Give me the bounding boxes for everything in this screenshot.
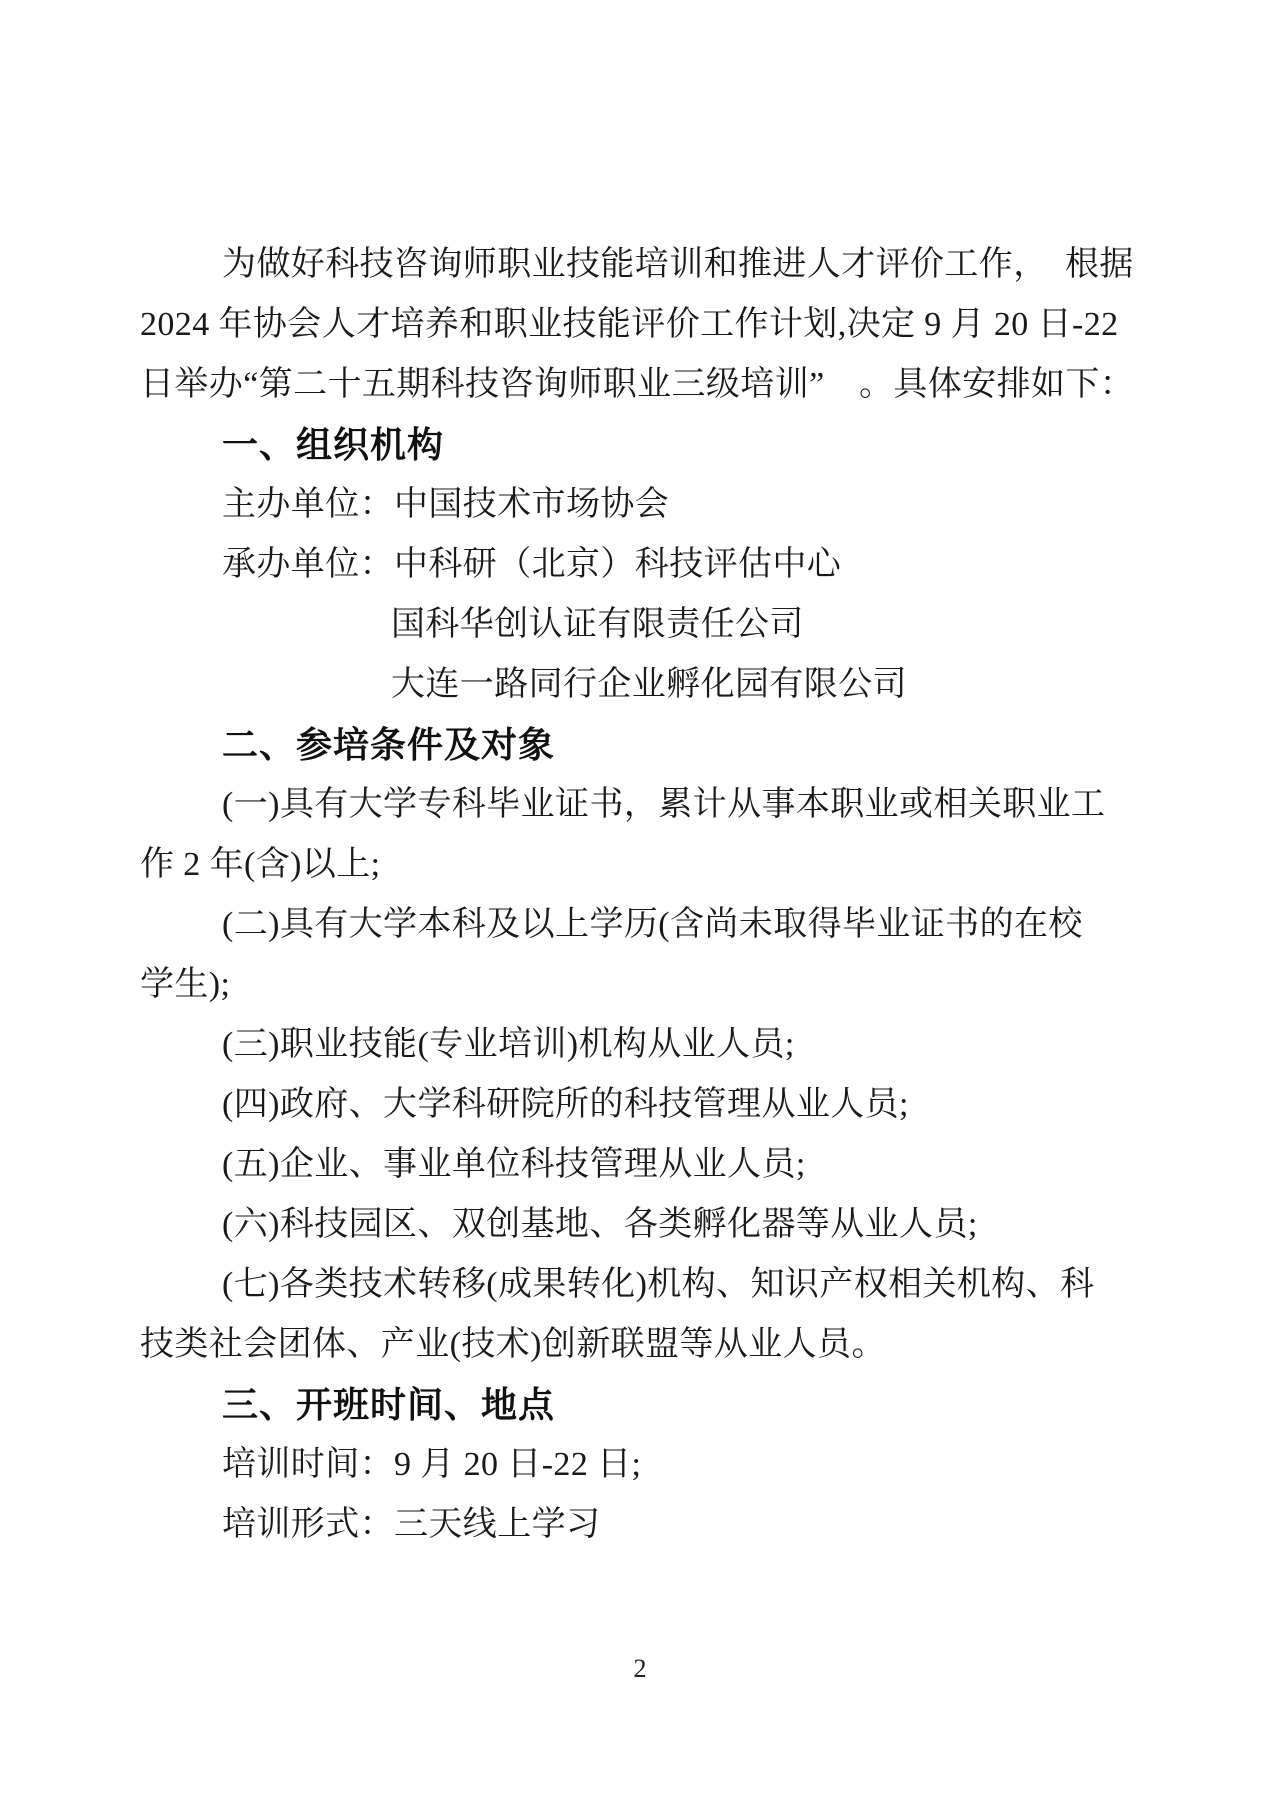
condition-item-2-line-1: (二)具有大学本科及以上学历(含尚未取得毕业证书的在校: [140, 895, 1120, 955]
condition-item-1-line-2: 作 2 年(含)以上;: [140, 835, 1120, 895]
page-number: 2: [0, 1652, 1280, 1686]
intro-line-2: 2024 年协会人才培养和职业技能评价工作计划,决定 9 月 20 日-22: [140, 295, 1120, 355]
intro-line-3: 日举办“第二十五期科技咨询师职业三级培训” 。具体安排如下：: [140, 355, 1120, 415]
organizer-unit-line: 承办单位：中科研（北京）科技评估中心: [140, 535, 1120, 595]
condition-item-2-line-2: 学生);: [140, 955, 1120, 1015]
organizer-unit-continuation-1: 国科华创认证有限责任公司: [140, 595, 1120, 655]
condition-item-6: (六)科技园区、双创基地、各类孵化器等从业人员;: [140, 1195, 1120, 1255]
condition-item-3: (三)职业技能(专业培训)机构从业人员;: [140, 1015, 1120, 1075]
condition-item-4: (四)政府、大学科研院所的科技管理从业人员;: [140, 1075, 1120, 1135]
condition-item-1-line-1: (一)具有大学专科毕业证书，累计从事本职业或相关职业工: [140, 775, 1120, 835]
section-3-heading: 三、开班时间、地点: [140, 1375, 1120, 1435]
document-page: 为做好科技咨询师职业技能培训和推进人才评价工作， 根据 2024 年协会人才培养…: [0, 0, 1280, 1810]
section-2-heading: 二、参培条件及对象: [140, 715, 1120, 775]
host-unit-line: 主办单位：中国技术市场协会: [140, 475, 1120, 535]
training-time-line: 培训时间：9 月 20 日-22 日;: [140, 1435, 1120, 1495]
condition-item-7-line-1: (七)各类技术转移(成果转化)机构、知识产权相关机构、科: [140, 1255, 1120, 1315]
organizer-unit-continuation-2: 大连一路同行企业孵化园有限公司: [140, 655, 1120, 715]
condition-item-7-line-2: 技类社会团体、产业(技术)创新联盟等从业人员。: [140, 1315, 1120, 1375]
condition-item-5: (五)企业、事业单位科技管理从业人员;: [140, 1135, 1120, 1195]
section-1-heading: 一、组织机构: [140, 415, 1120, 475]
document-body: 为做好科技咨询师职业技能培训和推进人才评价工作， 根据 2024 年协会人才培养…: [140, 235, 1120, 1555]
intro-line-1: 为做好科技咨询师职业技能培训和推进人才评价工作， 根据: [140, 235, 1120, 295]
training-format-line: 培训形式：三天线上学习: [140, 1495, 1120, 1555]
